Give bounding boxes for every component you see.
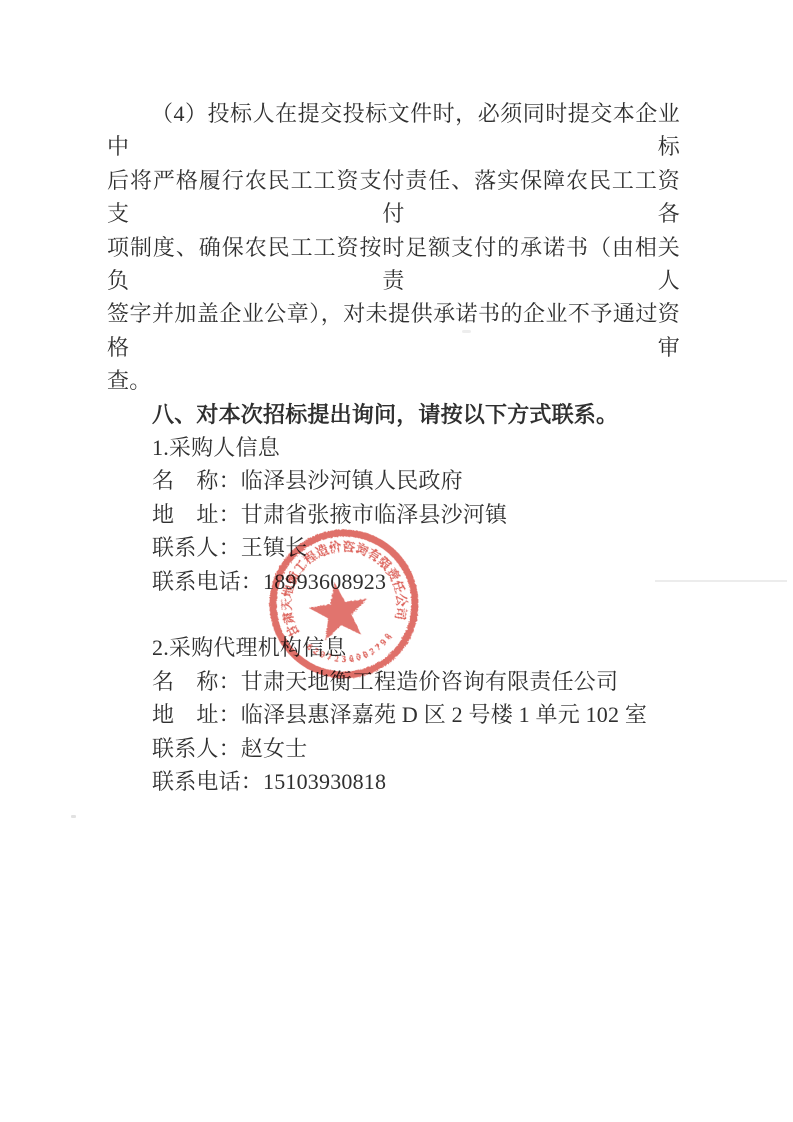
purchaser-phone: 联系电话：18993608923: [107, 565, 680, 598]
paragraph-line: 项制度、确保农民工工资按时足额支付的承诺书（由相关负责人: [107, 231, 680, 298]
paragraph-line: （4）投标人在提交投标文件时，必须同时提交本企业中标: [107, 97, 680, 164]
purchaser-info-block: 1.采购人信息 名 称：临泽县沙河镇人民政府 地 址：甘肃省张掖市临泽县沙河镇 …: [107, 431, 680, 598]
agency-name: 名 称：甘肃天地衡工程造价咨询有限责任公司: [107, 665, 680, 698]
document-body: （4）投标人在提交投标文件时，必须同时提交本企业中标 后将严格履行农民工工资支付…: [107, 97, 680, 799]
agency-heading: 2.采购代理机构信息: [107, 631, 680, 664]
section-heading: 八、对本次招标提出询问，请按以下方式联系。: [107, 398, 680, 431]
purchaser-name: 名 称：临泽县沙河镇人民政府: [107, 464, 680, 497]
paragraph-line: 查。: [107, 364, 680, 397]
intro-paragraph: （4）投标人在提交投标文件时，必须同时提交本企业中标 后将严格履行农民工工资支付…: [107, 97, 680, 398]
agency-address: 地 址：临泽县惠泽嘉苑 D 区 2 号楼 1 单元 102 室: [107, 698, 680, 731]
purchaser-contact: 联系人：王镇长: [107, 531, 680, 564]
agency-info-block: 2.采购代理机构信息 名 称：甘肃天地衡工程造价咨询有限责任公司 地 址：临泽县…: [107, 631, 680, 798]
purchaser-heading: 1.采购人信息: [107, 431, 680, 464]
blank-line: [107, 598, 680, 631]
paragraph-line: 后将严格履行农民工工资支付责任、落实保障农民工工资支付各: [107, 164, 680, 231]
agency-phone: 联系电话：15103930818: [107, 765, 680, 798]
purchaser-address: 地 址：甘肃省张掖市临泽县沙河镇: [107, 498, 680, 531]
agency-contact: 联系人：赵女士: [107, 732, 680, 765]
paragraph-line: 签字并加盖企业公章），对未提供承诺书的企业不予通过资格审: [107, 297, 680, 364]
document-page: （4）投标人在提交投标文件时，必须同时提交本企业中标 后将严格履行农民工工资支付…: [0, 0, 793, 1122]
scan-speck: [71, 815, 76, 818]
